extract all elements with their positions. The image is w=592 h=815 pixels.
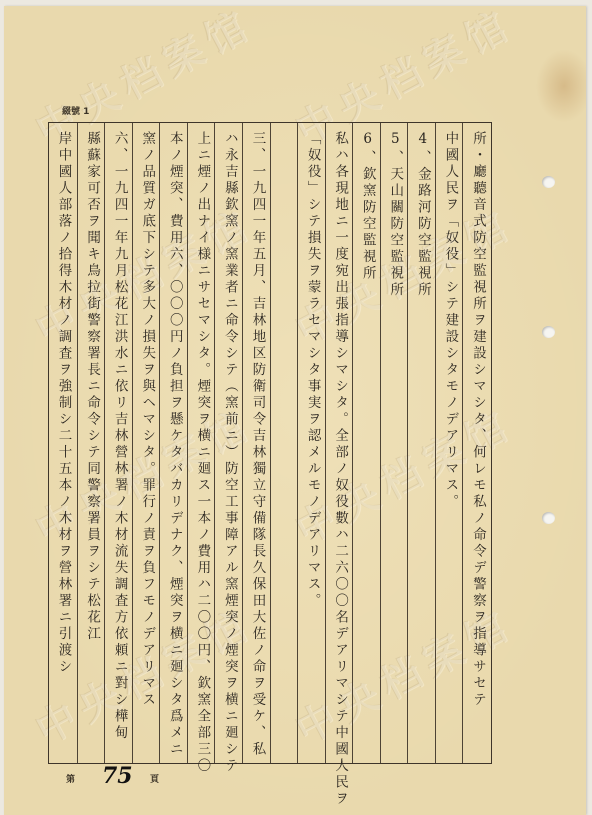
handwritten-line: 所・廳聽音式防空監視所ヲ建設シマシタ、何レモ私ノ命令デ警察ヲ指導サセテ xyxy=(470,131,484,709)
text-column: 窯ノ品質ガ底下シテ多大ノ損失ヲ與ヘマシタ。罪行ノ責ヲ負フモノデアリマス xyxy=(132,123,161,763)
text-column: 私ハ各現地ニ一度宛出張指導シマシタ。全部ノ奴役數ハ二六〇〇名デアリマシテ中國人民… xyxy=(325,123,354,763)
handwritten-line: 6、欽窯防空監視所 xyxy=(360,131,374,282)
form-label: 綴號 1 xyxy=(62,104,89,117)
page-suffix: 頁 xyxy=(150,772,159,785)
handwritten-line: 5、天山關防空監視所 xyxy=(388,131,402,299)
handwritten-line: 私ハ各現地ニ一度宛出張指導シマシタ。全部ノ奴役數ハ二六〇〇名デアリマシテ中國人民… xyxy=(333,131,347,808)
page-number: 75 xyxy=(102,763,133,789)
handwritten-line: 「奴役」シテ損失ヲ蒙ラセマシタ事実ヲ認メルモノデアリマス。 xyxy=(305,131,319,610)
handwritten-line: 本ノ煙突、費用六、〇〇〇円ノ負担ヲ懸ケタバカリデナク、煙突ヲ横ニ廻シタ爲メニ xyxy=(167,131,181,758)
handwritten-line: 中國人民ヲ「奴役」シテ建設シタモノデアリマス。 xyxy=(443,131,457,511)
text-column: 上ニ煙ノ出ナイ様ニサセマシタ。煙突ヲ横ニ廻ス一本ノ費用ハ二〇〇円、欽窯全部三〇 xyxy=(187,123,216,763)
text-column: 岸中國人部落ノ拾得木材ノ調査ヲ強制シ二十五本ノ木材ヲ營林署ニ引渡シ xyxy=(49,123,77,763)
text-column: 三、一九四一年五月、吉林地区防衛司令吉林獨立守備隊長久保田大佐ノ命ヲ受ケ、私 xyxy=(242,123,271,763)
punch-hole xyxy=(542,176,555,188)
handwritten-line: 岸中國人部落ノ拾得木材ノ調査ヲ強制シ二十五本ノ木材ヲ營林署ニ引渡シ xyxy=(56,131,70,676)
text-column: 「奴役」シテ損失ヲ蒙ラセマシタ事実ヲ認メルモノデアリマス。 xyxy=(297,123,326,763)
handwritten-line: 三、一九四一年五月、吉林地区防衛司令吉林獨立守備隊長久保田大佐ノ命ヲ受ケ、私 xyxy=(250,131,264,758)
handwritten-line: 上ニ煙ノ出ナイ様ニサセマシタ。煙突ヲ横ニ廻ス一本ノ費用ハ二〇〇円、欽窯全部三〇 xyxy=(195,131,209,775)
handwritten-line: ハ永吉縣欽窯ノ窯業者ニ命令シテ（窯前ニ）防空工事障アル窯煙突ノ煙突ヲ横ニ廻シテ xyxy=(222,131,236,775)
text-column: 所・廳聽音式防空監視所ヲ建設シマシタ、何レモ私ノ命令デ警察ヲ指導サセテ xyxy=(462,123,491,763)
handwritten-line: 六、一九四一年九月松花江洪水ニ依リ吉林營林署ノ木材流失調査方依頼ニ對シ樺甸 xyxy=(112,131,126,742)
text-column: 4、金路河防空監視所 xyxy=(407,123,436,763)
handwritten-line: 窯ノ品質ガ底下シテ多大ノ損失ヲ與ヘマシタ。罪行ノ責ヲ負フモノデアリマス xyxy=(140,131,154,709)
text-column: 中國人民ヲ「奴役」シテ建設シタモノデアリマス。 xyxy=(435,123,464,763)
text-column: 5、天山關防空監視所 xyxy=(380,123,409,763)
text-column: 本ノ煙突、費用六、〇〇〇円ノ負担ヲ懸ケタバカリデナク、煙突ヲ横ニ廻シタ爲メニ xyxy=(159,123,188,763)
text-column: 縣蘇家可否ヲ聞キ鳥拉街警察署長ニ命令シテ同警察署員ヲシテ松花江 xyxy=(77,123,106,763)
handwritten-line: 4、金路河防空監視所 xyxy=(415,131,429,299)
manuscript-grid: 岸中國人部落ノ拾得木材ノ調査ヲ強制シ二十五本ノ木材ヲ營林署ニ引渡シ縣蘇家可否ヲ聞… xyxy=(48,122,492,764)
punch-hole xyxy=(542,326,555,338)
text-column: 六、一九四一年九月松花江洪水ニ依リ吉林營林署ノ木材流失調査方依頼ニ對シ樺甸 xyxy=(104,123,133,763)
text-column: ハ永吉縣欽窯ノ窯業者ニ命令シテ（窯前ニ）防空工事障アル窯煙突ノ煙突ヲ横ニ廻シテ xyxy=(214,123,243,763)
text-column xyxy=(270,123,299,763)
page-prefix: 第 xyxy=(66,772,75,785)
handwritten-line: 縣蘇家可否ヲ聞キ鳥拉街警察署長ニ命令シテ同警察署員ヲシテ松花江 xyxy=(85,131,99,643)
punch-hole xyxy=(542,512,555,524)
text-column: 6、欽窯防空監視所 xyxy=(352,123,381,763)
